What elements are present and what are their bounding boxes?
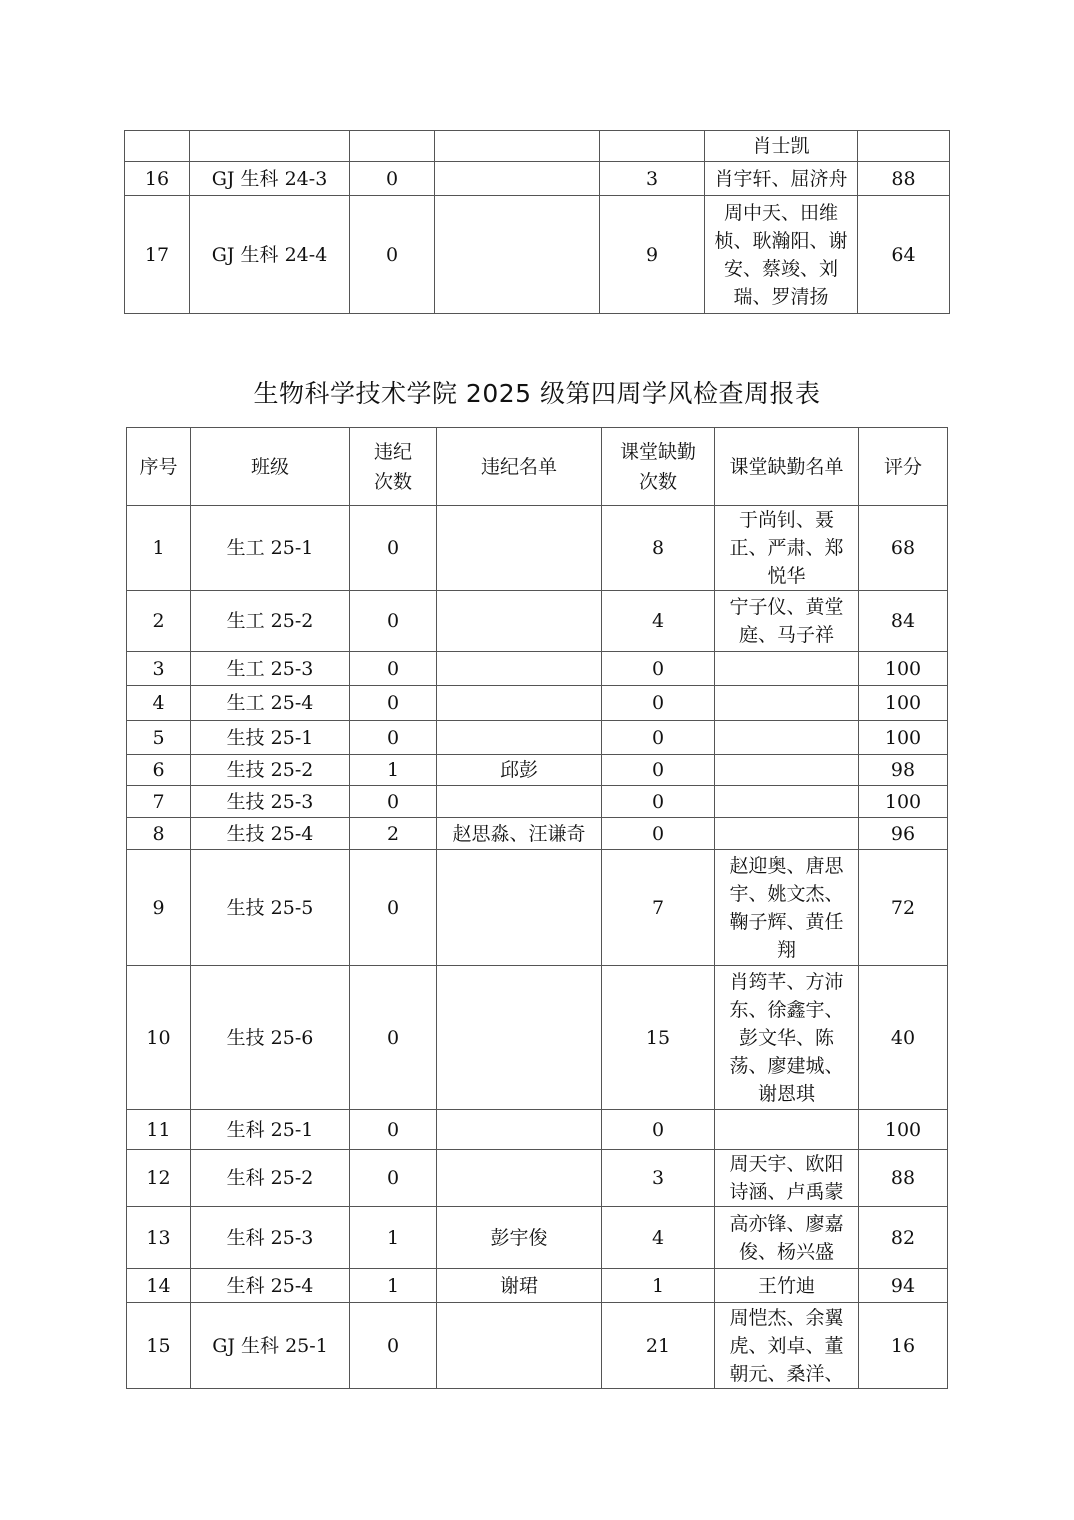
- cell-violation-names: [435, 131, 600, 162]
- header-row: 序号 班级 违纪次数 违纪名单 课堂缺勤次数 课堂缺勤名单 评分: [127, 428, 948, 506]
- cell-violation-names: [437, 786, 602, 818]
- cell-score: 100: [859, 1110, 948, 1150]
- cell-violation-names: 邱彭: [437, 755, 602, 786]
- cell-absences: 0: [602, 818, 715, 850]
- cell-violation-names: [435, 162, 600, 196]
- cell-absence-names: [715, 818, 859, 850]
- cell-class: GJ 生科 24-4: [190, 196, 350, 314]
- cell-absences: 3: [602, 1150, 715, 1207]
- cell-no: 12: [127, 1150, 191, 1207]
- cell-absence-names: 于尚钊、聂正、严肃、郑悦华: [715, 506, 859, 591]
- table-row: 12生科 25-203周天宇、欧阳诗涵、卢禹蒙88: [127, 1150, 948, 1207]
- cell-violation-names: [437, 850, 602, 966]
- cell-class: 生技 25-5: [191, 850, 350, 966]
- cell-score: 100: [859, 721, 948, 755]
- table-row: 13生科 25-31彭宇俊4高亦锋、廖嘉俊、杨兴盛82: [127, 1207, 948, 1269]
- table-row: 7生技 25-300100: [127, 786, 948, 818]
- cell-absence-names: 肖宇轩、屈济舟: [705, 162, 858, 196]
- header-violations: 违纪次数: [350, 428, 437, 506]
- cell-violations: 1: [350, 1269, 437, 1303]
- table-row: 6生技 25-21邱彭098: [127, 755, 948, 786]
- table-row: 10生技 25-6015肖筠芊、方沛东、徐鑫宇、彭文华、陈荡、廖建城、谢恩琪40: [127, 966, 948, 1110]
- cell-no: 14: [127, 1269, 191, 1303]
- cell-absences: 0: [602, 755, 715, 786]
- cell-no: [125, 131, 190, 162]
- cell-absences: 0: [602, 786, 715, 818]
- cell-violations: 0: [350, 721, 437, 755]
- cell-violations: 1: [350, 1207, 437, 1269]
- cell-absences: 0: [602, 1110, 715, 1150]
- cell-absences: 9: [600, 196, 705, 314]
- table-row: 11生科 25-100100: [127, 1110, 948, 1150]
- cell-violations: 0: [350, 652, 437, 686]
- cell-no: 10: [127, 966, 191, 1110]
- cell-class: 生技 25-6: [191, 966, 350, 1110]
- header-no: 序号: [127, 428, 191, 506]
- cell-violation-names: [437, 1303, 602, 1389]
- cell-violation-names: [437, 721, 602, 755]
- table-row: 8生技 25-42赵思淼、汪谦奇096: [127, 818, 948, 850]
- cell-violation-names: [435, 196, 600, 314]
- cell-violations: 0: [350, 786, 437, 818]
- cell-class: 生技 25-3: [191, 786, 350, 818]
- cell-absences: 0: [602, 652, 715, 686]
- cell-no: 8: [127, 818, 191, 850]
- cell-score: 100: [859, 786, 948, 818]
- cell-violations: 0: [350, 850, 437, 966]
- cell-score: 84: [859, 591, 948, 652]
- cell-no: 1: [127, 506, 191, 591]
- cell-violations: 0: [350, 1150, 437, 1207]
- cell-score: 96: [859, 818, 948, 850]
- cell-absence-names: 周中天、田维桢、耿瀚阳、谢安、蔡竣、刘瑞、罗清扬: [705, 196, 858, 314]
- cell-absences: 7: [602, 850, 715, 966]
- cell-class: 生工 25-3: [191, 652, 350, 686]
- cell-class: GJ 生科 24-3: [190, 162, 350, 196]
- header-absences: 课堂缺勤次数: [602, 428, 715, 506]
- cell-absence-names: 周恺杰、余翼虎、刘卓、董朝元、桑洋、: [715, 1303, 859, 1389]
- cell-class: [190, 131, 350, 162]
- cell-violation-names: 谢珺: [437, 1269, 602, 1303]
- cell-violations: 0: [350, 1303, 437, 1389]
- cell-absences: 1: [602, 1269, 715, 1303]
- cell-absence-names: [715, 652, 859, 686]
- report-table: 序号 班级 违纪次数 违纪名单 课堂缺勤次数 课堂缺勤名单 评分 1生工 25-…: [126, 427, 948, 1389]
- cell-no: 17: [125, 196, 190, 314]
- cell-absence-names: [715, 786, 859, 818]
- cell-absence-names: 王竹迪: [715, 1269, 859, 1303]
- cell-score: 88: [858, 162, 950, 196]
- cell-absence-names: 肖筠芊、方沛东、徐鑫宇、彭文华、陈荡、廖建城、谢恩琪: [715, 966, 859, 1110]
- cell-no: 9: [127, 850, 191, 966]
- cell-violations: 0: [350, 162, 435, 196]
- header-violation-names: 违纪名单: [437, 428, 602, 506]
- cell-absence-names: 高亦锋、廖嘉俊、杨兴盛: [715, 1207, 859, 1269]
- cell-absence-names: 赵迎奥、唐思宇、姚文杰、鞠子辉、黄任翔: [715, 850, 859, 966]
- cell-score: 100: [859, 652, 948, 686]
- cell-score: 16: [859, 1303, 948, 1389]
- cell-no: 13: [127, 1207, 191, 1269]
- cell-absences: 4: [602, 1207, 715, 1269]
- cell-score: 68: [859, 506, 948, 591]
- cell-score: 82: [859, 1207, 948, 1269]
- cell-violations: 0: [350, 1110, 437, 1150]
- cell-absence-names: [715, 1110, 859, 1150]
- cell-score: 88: [859, 1150, 948, 1207]
- cell-score: 98: [859, 755, 948, 786]
- cell-class: 生科 25-4: [191, 1269, 350, 1303]
- cell-no: 11: [127, 1110, 191, 1150]
- cell-violations: 0: [350, 196, 435, 314]
- cell-violation-names: [437, 1110, 602, 1150]
- cell-violations: 0: [350, 591, 437, 652]
- table-row: 2生工 25-204宁子仪、黄堂庭、马子祥84: [127, 591, 948, 652]
- cell-class: 生科 25-2: [191, 1150, 350, 1207]
- table-row: 4生工 25-400100: [127, 686, 948, 721]
- cell-violation-names: 赵思淼、汪谦奇: [437, 818, 602, 850]
- cell-absences: 0: [602, 686, 715, 721]
- header-score: 评分: [859, 428, 948, 506]
- table-row: 5生技 25-100100: [127, 721, 948, 755]
- cell-violation-names: 彭宇俊: [437, 1207, 602, 1269]
- report-title: 生物科学技术学院 2025 级第四周学风检查周报表: [0, 374, 1074, 414]
- cell-no: 4: [127, 686, 191, 721]
- cell-class: 生工 25-1: [191, 506, 350, 591]
- cell-violation-names: [437, 1150, 602, 1207]
- cell-violation-names: [437, 966, 602, 1110]
- cell-violation-names: [437, 506, 602, 591]
- cell-score: 40: [859, 966, 948, 1110]
- cell-absences: 15: [602, 966, 715, 1110]
- table-row: 15GJ 生科 25-1021周恺杰、余翼虎、刘卓、董朝元、桑洋、16: [127, 1303, 948, 1389]
- cell-violations: 0: [350, 686, 437, 721]
- cell-class: 生技 25-1: [191, 721, 350, 755]
- continued-table: 肖士凯16GJ 生科 24-303肖宇轩、屈济舟8817GJ 生科 24-409…: [124, 130, 950, 314]
- cell-class: 生技 25-4: [191, 818, 350, 850]
- cell-no: 15: [127, 1303, 191, 1389]
- header-class: 班级: [191, 428, 350, 506]
- cell-violation-names: [437, 652, 602, 686]
- cell-class: 生工 25-4: [191, 686, 350, 721]
- cell-no: 7: [127, 786, 191, 818]
- cell-absence-names: 宁子仪、黄堂庭、马子祥: [715, 591, 859, 652]
- cell-violations: [350, 131, 435, 162]
- cell-class: 生技 25-2: [191, 755, 350, 786]
- cell-absences: [600, 131, 705, 162]
- table-row: 3生工 25-300100: [127, 652, 948, 686]
- cell-violations: 2: [350, 818, 437, 850]
- cell-absence-names: 肖士凯: [705, 131, 858, 162]
- cell-absence-names: [715, 755, 859, 786]
- cell-violations: 0: [350, 966, 437, 1110]
- cell-absence-names: [715, 686, 859, 721]
- cell-no: 6: [127, 755, 191, 786]
- cell-score: 94: [859, 1269, 948, 1303]
- cell-absences: 3: [600, 162, 705, 196]
- cell-no: 2: [127, 591, 191, 652]
- cell-absence-names: 周天宇、欧阳诗涵、卢禹蒙: [715, 1150, 859, 1207]
- table-row: 1生工 25-108于尚钊、聂正、严肃、郑悦华68: [127, 506, 948, 591]
- table-row: 9生技 25-507赵迎奥、唐思宇、姚文杰、鞠子辉、黄任翔72: [127, 850, 948, 966]
- cell-class: 生科 25-3: [191, 1207, 350, 1269]
- cell-no: 16: [125, 162, 190, 196]
- table-row: 16GJ 生科 24-303肖宇轩、屈济舟88: [125, 162, 950, 196]
- cell-violations: 1: [350, 755, 437, 786]
- cell-score: 72: [859, 850, 948, 966]
- cell-class: 生工 25-2: [191, 591, 350, 652]
- cell-class: 生科 25-1: [191, 1110, 350, 1150]
- cell-absences: 4: [602, 591, 715, 652]
- cell-no: 3: [127, 652, 191, 686]
- table-row: 14生科 25-41谢珺1王竹迪94: [127, 1269, 948, 1303]
- table-row: 17GJ 生科 24-409周中天、田维桢、耿瀚阳、谢安、蔡竣、刘瑞、罗清扬64: [125, 196, 950, 314]
- cell-score: 64: [858, 196, 950, 314]
- cell-score: [858, 131, 950, 162]
- cell-violations: 0: [350, 506, 437, 591]
- cell-absences: 21: [602, 1303, 715, 1389]
- cell-score: 100: [859, 686, 948, 721]
- cell-violation-names: [437, 686, 602, 721]
- cell-violation-names: [437, 591, 602, 652]
- cell-class: GJ 生科 25-1: [191, 1303, 350, 1389]
- cell-no: 5: [127, 721, 191, 755]
- cell-absences: 0: [602, 721, 715, 755]
- table-row: 肖士凯: [125, 131, 950, 162]
- header-absence-names: 课堂缺勤名单: [715, 428, 859, 506]
- cell-absence-names: [715, 721, 859, 755]
- cell-absences: 8: [602, 506, 715, 591]
